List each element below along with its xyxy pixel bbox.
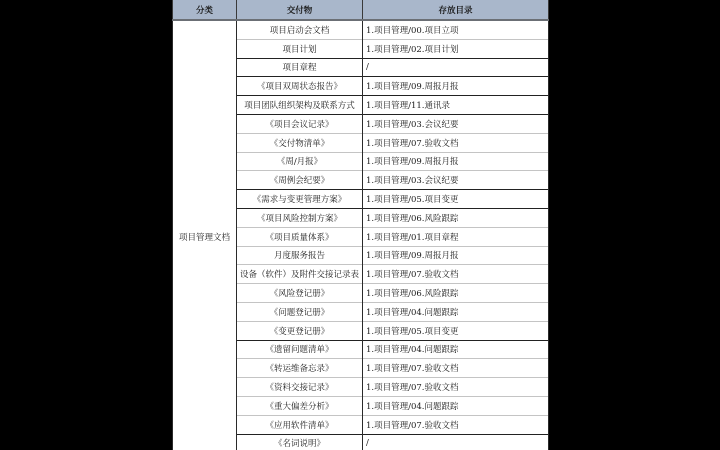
deliverable-cell: 《遗留问题清单》 [237, 340, 363, 359]
directory-cell: 1.项目管理/03.会议纪要 [363, 114, 549, 133]
directory-cell: 1.项目管理/11.通讯录 [363, 96, 549, 115]
deliverable-cell: 《资料交接记录》 [237, 378, 363, 397]
header-category: 分类 [173, 0, 237, 20]
directory-cell: 1.项目管理/05.项目变更 [363, 190, 549, 209]
document-sheet: 分类 交付物 存放目录 项目管理文档 项目启动会文档 1.项目管理/00.项目立… [172, 0, 548, 450]
deliverable-cell: 《应用软件清单》 [237, 415, 363, 434]
deliverable-cell: 《风险登记册》 [237, 284, 363, 303]
directory-cell: 1.项目管理/02.项目计划 [363, 39, 549, 58]
category-cell: 项目管理文档 [173, 20, 237, 450]
deliverable-cell: 《重大偏差分析》 [237, 396, 363, 415]
directory-cell: 1.项目管理/04.问题跟踪 [363, 340, 549, 359]
deliverable-cell: 《变更登记册》 [237, 321, 363, 340]
directory-cell: 1.项目管理/01.项目章程 [363, 227, 549, 246]
directory-cell: 1.项目管理/09.周报月报 [363, 77, 549, 96]
deliverable-cell: 《项目风险控制方案》 [237, 208, 363, 227]
deliverable-cell: 《项目双周状态报告》 [237, 77, 363, 96]
deliverable-cell: 《转运维备忘录》 [237, 359, 363, 378]
deliverable-cell: 《周/月报》 [237, 152, 363, 171]
directory-cell: 1.项目管理/07.验收文档 [363, 265, 549, 284]
deliverable-cell: 《项目会议记录》 [237, 114, 363, 133]
directory-cell: / [363, 434, 549, 450]
header-deliverable: 交付物 [237, 0, 363, 20]
directory-cell: / [363, 58, 549, 77]
deliverable-cell: 《需求与变更管理方案》 [237, 190, 363, 209]
deliverable-cell: 设备（软件）及附件交接记录表 [237, 265, 363, 284]
deliverable-cell: 月度服务报告 [237, 246, 363, 265]
deliverable-cell: 项目章程 [237, 58, 363, 77]
deliverable-cell: 项目启动会文档 [237, 20, 363, 39]
directory-cell: 1.项目管理/09.周报月报 [363, 246, 549, 265]
directory-cell: 1.项目管理/00.项目立项 [363, 20, 549, 39]
header-directory: 存放目录 [363, 0, 549, 20]
deliverable-cell: 《问题登记册》 [237, 302, 363, 321]
directory-cell: 1.项目管理/04.问题跟踪 [363, 396, 549, 415]
deliverable-cell: 《交付物清单》 [237, 133, 363, 152]
deliverable-cell: 《名词说明》 [237, 434, 363, 450]
directory-cell: 1.项目管理/07.验收文档 [363, 415, 549, 434]
directory-cell: 1.项目管理/07.验收文档 [363, 378, 549, 397]
directory-cell: 1.项目管理/03.会议纪要 [363, 171, 549, 190]
directory-cell: 1.项目管理/04.问题跟踪 [363, 302, 549, 321]
directory-cell: 1.项目管理/07.验收文档 [363, 133, 549, 152]
deliverable-cell: 项目团队组织架构及联系方式 [237, 96, 363, 115]
deliverable-cell: 《项目质量体系》 [237, 227, 363, 246]
directory-cell: 1.项目管理/06.风险跟踪 [363, 284, 549, 303]
directory-cell: 1.项目管理/06.风险跟踪 [363, 208, 549, 227]
directory-cell: 1.项目管理/07.验收文档 [363, 359, 549, 378]
deliverable-cell: 《周例会纪要》 [237, 171, 363, 190]
directory-cell: 1.项目管理/09.周报月报 [363, 152, 549, 171]
table-row: 项目管理文档 项目启动会文档 1.项目管理/00.项目立项 [173, 20, 549, 39]
header-row: 分类 交付物 存放目录 [173, 0, 549, 20]
deliverable-cell: 项目计划 [237, 39, 363, 58]
deliverables-table: 分类 交付物 存放目录 项目管理文档 项目启动会文档 1.项目管理/00.项目立… [172, 0, 549, 450]
directory-cell: 1.项目管理/05.项目变更 [363, 321, 549, 340]
